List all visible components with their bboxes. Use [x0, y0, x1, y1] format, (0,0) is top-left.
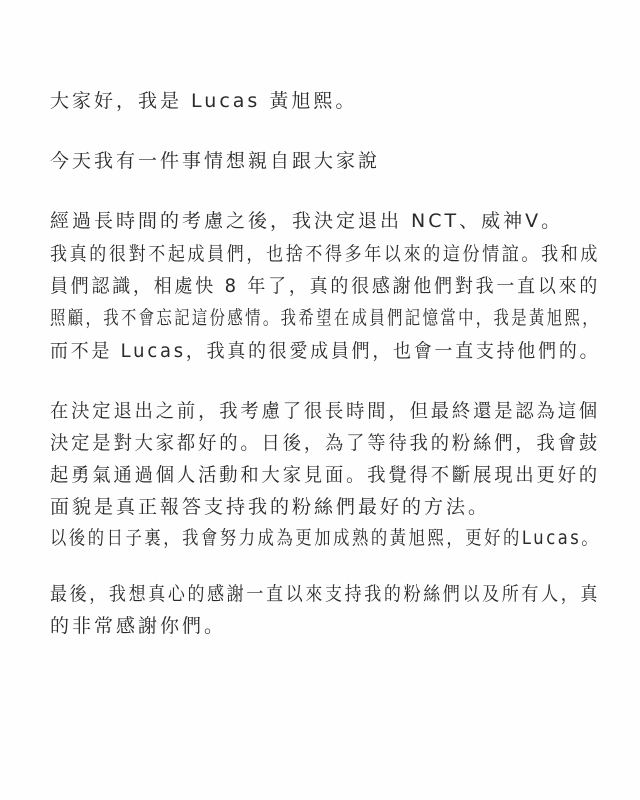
paragraph3-line: 最後，我想真心的感謝一直以來支持我的粉絲們以及所有人，真 — [50, 579, 600, 606]
letter-greeting: 大家好，我是 Lucas 黃旭熙。 — [50, 86, 357, 113]
letter-intro: 今天我有一件事情想親自跟大家說 — [50, 146, 380, 173]
paragraph2-line: 在決定退出之前，我考慮了很長時間，但最終還是認為這個 — [50, 396, 600, 423]
paragraph1-line: 照顧，我不會忘記這份感情。我希望在成員們記憶當中，我是黃旭熙， — [50, 303, 600, 330]
paragraph3-line: 的非常感謝你們。 — [50, 611, 226, 638]
paragraph2-line: 以後的日子裏，我會努力成為更加成熟的黃旭熙，更好的Lucas。 — [50, 523, 600, 550]
paragraph1-line: 而不是 Lucas，我真的很愛成員們，也會一直支持他們的。 — [50, 336, 600, 363]
paragraph1-line: 我真的很對不起成員們，也捨不得多年以來的這份情誼。我和成 — [50, 239, 600, 266]
paragraph2-line: 決定是對大家都好的。日後，為了等待我的粉絲們，我會鼓 — [50, 428, 600, 455]
handwritten-letter: 大家好，我是 Lucas 黃旭熙。 今天我有一件事情想親自跟大家說 經過長時間的… — [0, 0, 640, 800]
paragraph1-line: 經過長時間的考慮之後，我決定退出 NCT、威神V。 — [50, 206, 563, 233]
paragraph2-line: 起勇氣通過個人活動和大家見面。我覺得不斷展現出更好的 — [50, 460, 600, 487]
paragraph2-line: 面貌是真正報答支持我的粉絲們最好的方法。 — [50, 492, 490, 519]
paragraph1-line: 員們認識，相處快 8 年了，真的很感謝他們對我一直以來的 — [50, 271, 600, 298]
